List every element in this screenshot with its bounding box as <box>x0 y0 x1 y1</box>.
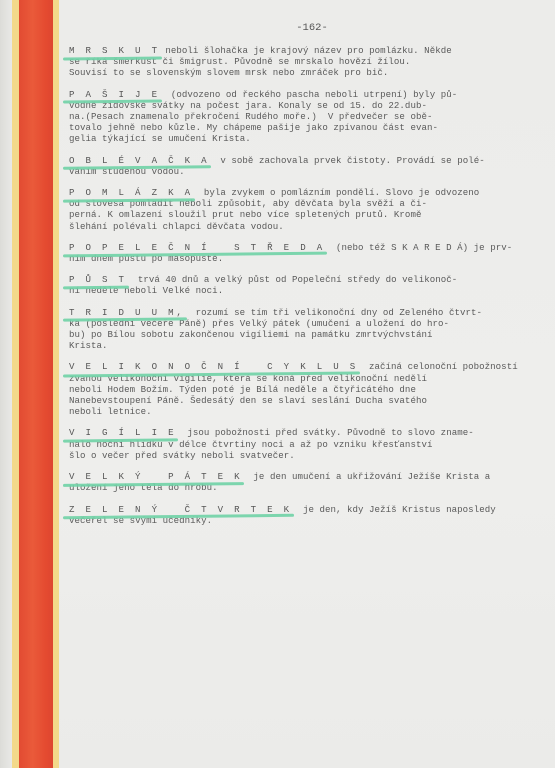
typewritten-page: -162- M R S K U T neboli šlohačka je kra… <box>59 0 555 768</box>
glossary-entries: M R S K U T neboli šlohačka je krajový n… <box>69 45 547 536</box>
entry-text: začíná celonoční pobožností <box>358 361 518 372</box>
entry-first-line: V E L I K O N O Č N Í C Y K L U S začíná… <box>69 361 547 372</box>
entry-first-line: V I G Í L I E jsou pobožnosti před svátk… <box>69 427 547 438</box>
glossary-entry: P O M L Á Z K A byla zvykem o pomlázním … <box>69 187 547 232</box>
highlighted-term: M R S K U T <box>69 45 160 56</box>
entry-text: v sobě zachovala prvek čistoty. Provádí … <box>209 155 484 166</box>
highlighted-term: P O M L Á Z K A <box>69 187 193 198</box>
entry-first-line: O B L É V A Č K A v sobě zachovala prvek… <box>69 155 547 166</box>
entry-first-line: P A Š I J E (odvozeno od řeckého pascha … <box>69 89 547 100</box>
entry-text: je den umučení a ukřižování Ježíše Krist… <box>242 471 490 482</box>
highlighted-term: Z E L E N Ý Č T V R T E K <box>69 504 292 515</box>
entry-first-line: P Ů S T trvá 40 dnů a velký půst od Pope… <box>69 274 547 285</box>
highlighted-term: P O P E L E Č N Í S T Ř E D A <box>69 242 325 253</box>
entry-first-line: T R I D U U M, rozumí se tím tři velikon… <box>69 307 547 318</box>
page-number: -162- <box>59 22 555 34</box>
entry-text: jsou pobožnosti před svátky. Původně to … <box>176 427 473 438</box>
entry-text: byla zvykem o pomlázním pondělí. Slovo j… <box>193 187 479 198</box>
entry-text: (nebo též S K A R E D Á) je prv- <box>325 242 512 253</box>
highlighted-term: V I G Í L I E <box>69 427 176 438</box>
entry-text-line: neboli letnice. <box>69 406 547 417</box>
entry-text: rozumí se tím tři velikonoční dny od Zel… <box>185 307 482 318</box>
entry-text: je den, kdy Ježíš Kristus naposledy <box>292 504 496 515</box>
glossary-entry: P O P E L E Č N Í S T Ř E D A (nebo též … <box>69 242 547 264</box>
entry-first-line: V E L K Ý P Á T E K je den umučení a ukř… <box>69 471 547 482</box>
glossary-entry: V E L I K O N O Č N Í C Y K L U S začíná… <box>69 361 547 417</box>
glossary-entry: Z E L E N Ý Č T V R T E K je den, kdy Je… <box>69 504 547 526</box>
entry-text-line: tovalo jehně nebo kůzle. My chápeme paši… <box>69 122 547 133</box>
entry-text-line: perná. K omlazení sloužil prut nebo více… <box>69 209 547 220</box>
entry-text: neboli šlohačka je krajový název pro pom… <box>160 45 452 56</box>
entry-first-line: P O M L Á Z K A byla zvykem o pomlázním … <box>69 187 547 198</box>
entry-text-line: ní neděle neboli Velké noci. <box>69 285 547 296</box>
entry-text-line: šlehání polévali chlapci děvčata vodou. <box>69 221 547 232</box>
highlighted-term: T R I D U U M, <box>69 307 185 318</box>
entry-text-line: neboli Hodem Božím. Týden poté je Bílá n… <box>69 384 547 395</box>
entry-text-line: na.(Pesach znamenalo překročení Rudého m… <box>69 111 547 122</box>
decorative-border-red <box>19 0 53 768</box>
entry-text-line: bu) po Bílou sobotu zakončenou vigíliemi… <box>69 329 547 340</box>
entry-text: (odvozeno od řeckého pascha neboli utrpe… <box>160 89 457 100</box>
highlighted-term: V E L I K O N O Č N Í C Y K L U S <box>69 361 358 372</box>
glossary-entry: P Ů S T trvá 40 dnů a velký půst od Pope… <box>69 274 547 296</box>
glossary-entry: V E L K Ý P Á T E K je den umučení a ukř… <box>69 471 547 493</box>
entry-first-line: P O P E L E Č N Í S T Ř E D A (nebo též … <box>69 242 547 253</box>
highlighted-term: O B L É V A Č K A <box>69 155 209 166</box>
entry-text-line: šlo o večer před svátky neboli svatvečer… <box>69 450 547 461</box>
highlighted-term: P Ů S T <box>69 274 127 285</box>
entry-first-line: M R S K U T neboli šlohačka je krajový n… <box>69 45 547 56</box>
entry-text-line: gelia týkající se umučení Krista. <box>69 133 547 144</box>
entry-text-line: Krista. <box>69 340 547 351</box>
scan-edge-shadow <box>0 0 12 768</box>
entry-text-line: Nanebevstoupení Páně. Šedesátý den se sl… <box>69 395 547 406</box>
entry-text-line: Souvisí to se slovenským slovem mrsk neb… <box>69 67 547 78</box>
glossary-entry: O B L É V A Č K A v sobě zachovala prvek… <box>69 155 547 177</box>
glossary-entry: P A Š I J E (odvozeno od řeckého pascha … <box>69 89 547 145</box>
glossary-entry: V I G Í L I E jsou pobožnosti před svátk… <box>69 427 547 461</box>
highlighted-term: V E L K Ý P Á T E K <box>69 471 242 482</box>
entry-text: trvá 40 dnů a velký půst od Popeleční st… <box>127 274 457 285</box>
entry-first-line: Z E L E N Ý Č T V R T E K je den, kdy Je… <box>69 504 547 515</box>
glossary-entry: T R I D U U M, rozumí se tím tři velikon… <box>69 307 547 352</box>
glossary-entry: M R S K U T neboli šlohačka je krajový n… <box>69 45 547 79</box>
highlighted-term: P A Š I J E <box>69 89 160 100</box>
